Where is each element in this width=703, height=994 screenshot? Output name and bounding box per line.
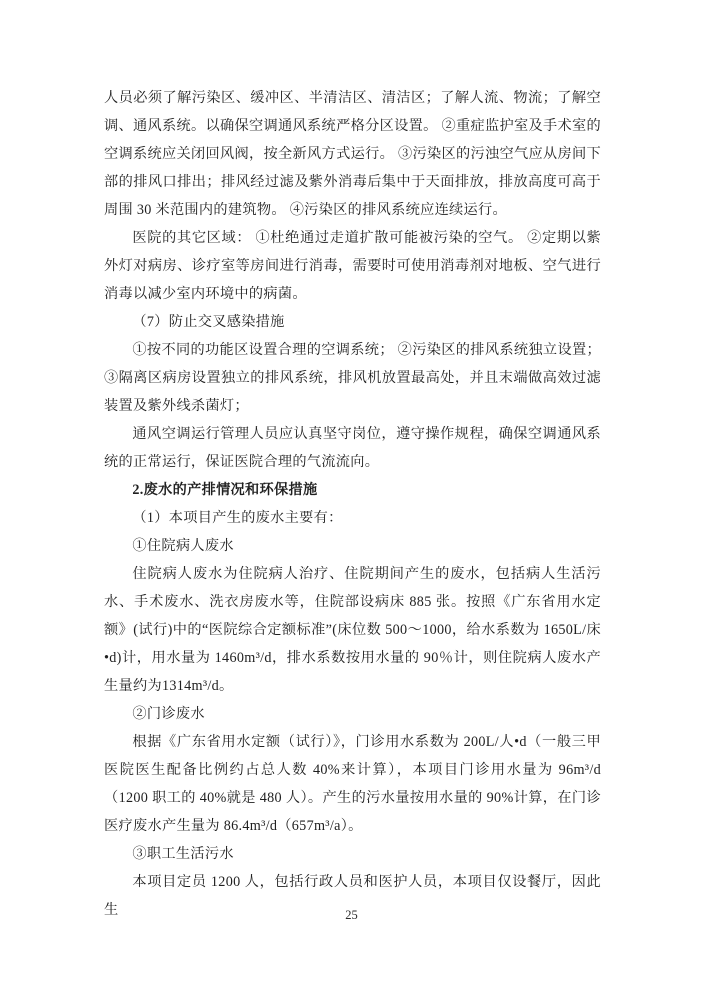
paragraph: （7）防止交叉感染措施 <box>104 308 601 336</box>
page-number: 25 <box>0 908 703 923</box>
paragraph: ③职工生活污水 <box>104 840 601 868</box>
document-page: 人员必须了解污染区、缓冲区、半清洁区、清洁区；了解人流、物流；了解空调、通风系统… <box>0 0 703 994</box>
paragraph: 通风空调运行管理人员应认真坚守岗位，遵守操作规程，确保空调通风系统的正常运行，保… <box>104 420 601 476</box>
paragraph: 医院的其它区域： ①杜绝通过走道扩散可能被污染的空气。 ②定期以紫外灯对病房、诊… <box>104 224 601 308</box>
paragraph: 根据《广东省用水定额（试行）》，门诊用水系数为 200L/人•d（一般三甲医院医… <box>104 728 601 840</box>
paragraph: ②门诊废水 <box>104 700 601 728</box>
paragraph: ①按不同的功能区设置合理的空调系统； ②污染区的排风系统独立设置；③隔离区病房设… <box>104 336 601 420</box>
document-body: 人员必须了解污染区、缓冲区、半清洁区、清洁区；了解人流、物流；了解空调、通风系统… <box>104 84 601 924</box>
paragraph: 人员必须了解污染区、缓冲区、半清洁区、清洁区；了解人流、物流；了解空调、通风系统… <box>104 84 601 224</box>
paragraph: 住院病人废水为住院病人治疗、住院期间产生的废水，包括病人生活污水、手术废水、洗衣… <box>104 560 601 700</box>
paragraph: 2.废水的产排情况和环保措施 <box>104 476 601 504</box>
paragraph: （1）本项目产生的废水主要有： <box>104 504 601 532</box>
paragraph: ①住院病人废水 <box>104 532 601 560</box>
